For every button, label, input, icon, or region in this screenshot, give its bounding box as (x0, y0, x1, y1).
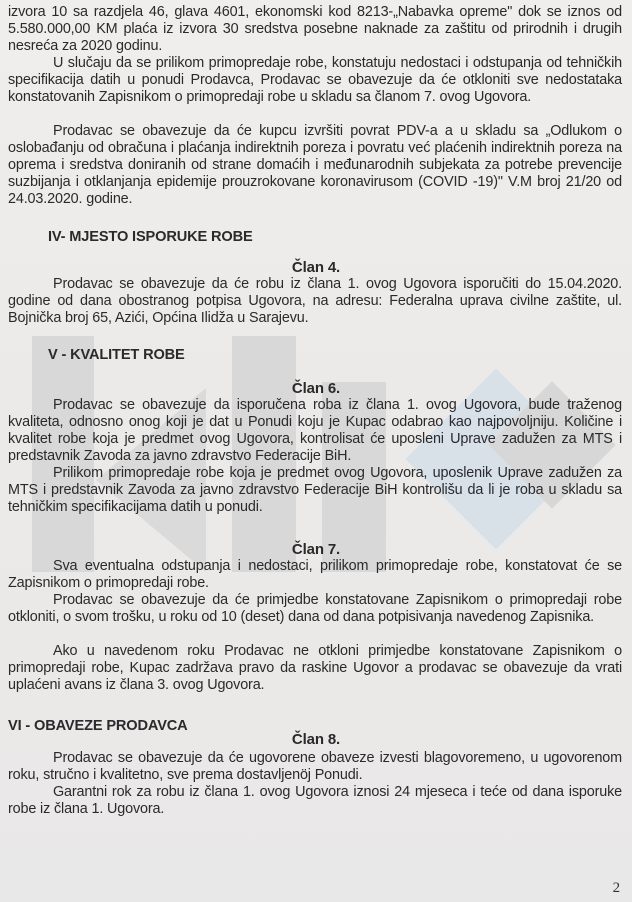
paragraph-vat-refund: Prodavac se obavezuje da će kupcu izvrši… (8, 123, 622, 208)
article-heading-6: Član 6. (0, 380, 632, 397)
article-heading-8: Član 8. (0, 731, 632, 748)
article-heading-4: Član 4. (0, 259, 632, 276)
section-heading-quality: V - KVALITET ROBE (48, 347, 185, 364)
paragraph-article-8-2: Garantni rok za robu iz člana 1. ovog Ug… (8, 784, 622, 818)
article-heading-7: Član 7. (0, 541, 632, 558)
paragraph-article-4: Prodavac se obavezuje da će robu iz član… (8, 276, 622, 327)
paragraph-defects: U slučaju da se prilikom primopredaje ro… (8, 55, 622, 106)
paragraph-article-7-1: Sva eventualna odstupanja i nedostaci, p… (8, 558, 622, 592)
section-heading-delivery-place: IV- MJESTO ISPORUKE ROBE (48, 229, 253, 246)
paragraph-article-7-2: Prodavac se obavezuje da će primjedbe ko… (8, 592, 622, 626)
paragraph-article-6-2: Prilikom primopredaje robe koja je predm… (8, 465, 622, 516)
paragraph-article-7-3: Ako u navedenom roku Prodavac ne otkloni… (8, 643, 622, 694)
paragraph-funding-source: izvora 10 sa razdjela 46, glava 4601, ek… (8, 4, 622, 55)
paragraph-article-8-1: Prodavac se obavezuje da će ugovorene ob… (8, 750, 622, 784)
paragraph-article-6-1: Prodavac se obavezuje da isporučena roba… (8, 397, 622, 465)
page-number: 2 (613, 880, 620, 897)
